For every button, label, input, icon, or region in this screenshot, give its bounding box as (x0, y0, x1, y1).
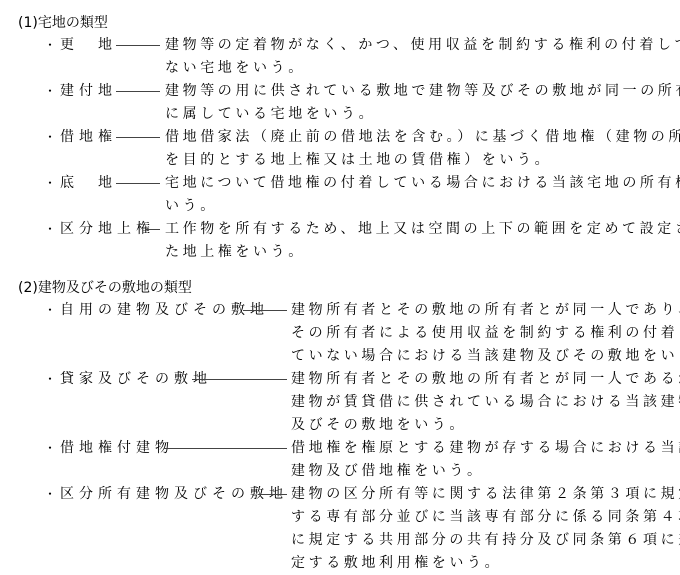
definition-line: 建物所有者とその敷地の所有者とが同一人であり、 (291, 299, 680, 322)
term-definition: 宅地について借地権の付着している場合における当該宅地の所有権を いう。 (165, 172, 680, 218)
term-label: 建付地 (60, 80, 117, 102)
definition-line: 定する敷地利用権をいう。 (291, 552, 680, 575)
definition-line: その所有者による使用収益を制約する権利の付着し (291, 322, 680, 345)
definition-line: に規定する共用部分の共有持分及び同条第６項に規 (291, 529, 680, 552)
bullet-icon: ・ (44, 437, 54, 459)
term-label: 貸家及びその敷地 (60, 368, 212, 390)
definition-line: を目的とする地上権又は土地の賃借権）をいう。 (165, 149, 680, 172)
term-label: 底 地 (60, 172, 117, 194)
term-label: 自用の建物及びその敷地 (60, 299, 269, 321)
definition-line: 借地権を権原とする建物が存する場合における当該 (291, 437, 680, 460)
definition-line: 及びその敷地をいう。 (291, 414, 680, 437)
term-definition: 借地借家法（廃止前の借地法を含む。）に基づく借地権（建物の所有 を目的とする地上… (165, 126, 680, 172)
term-label: 区分所有建物及びその敷地 (60, 483, 288, 505)
bullet-icon: ・ (44, 172, 54, 194)
definition-line: 建物が賃貸借に供されている場合における当該建物 (291, 391, 680, 414)
definition-line: に属している宅地をいう。 (165, 103, 680, 126)
definition-line: 建物所有者とその敷地の所有者とが同一人であるが、 (291, 368, 680, 391)
definition-line: ていない場合における当該建物及びその敷地をいう。 (291, 345, 680, 368)
term-label: 借地権 (60, 126, 117, 148)
bullet-icon: ・ (44, 34, 54, 56)
definition-line: 建物及び借地権をいう。 (291, 460, 680, 483)
section-2-heading: (2)建物及びその敷地の類型 (18, 278, 192, 298)
definition-line: 建物等の用に供されている敷地で建物等及びその敷地が同一の所有者 (165, 80, 680, 103)
definition-line: 建物等の定着物がなく、かつ、使用収益を制約する権利の付着してい (165, 34, 680, 57)
bullet-icon: ・ (44, 218, 54, 240)
term-definition: 建物等の定着物がなく、かつ、使用収益を制約する権利の付着してい ない宅地をいう。 (165, 34, 680, 80)
term-definition: 建物等の用に供されている敷地で建物等及びその敷地が同一の所有者 に属している宅地… (165, 80, 680, 126)
leader-line (116, 45, 160, 46)
leader-line (116, 137, 160, 138)
definition-line: する専有部分並びに当該専有部分に係る同条第４項 (291, 506, 680, 529)
term-definition: 建物所有者とその敷地の所有者とが同一人であり、 その所有者による使用収益を制約す… (291, 299, 680, 368)
term-definition: 借地権を権原とする建物が存する場合における当該 建物及び借地権をいう。 (291, 437, 680, 483)
leader-line (243, 310, 287, 311)
bullet-icon: ・ (44, 299, 54, 321)
leader-line (116, 183, 160, 184)
bullet-icon: ・ (44, 368, 54, 390)
definition-line: 工作物を所有するため、地上又は空間の上下の範囲を定めて設定され (165, 218, 680, 241)
leader-line (164, 448, 287, 449)
leader-line (145, 229, 160, 230)
definition-line: 宅地について借地権の付着している場合における当該宅地の所有権を (165, 172, 680, 195)
term-label: 区分地上権 (60, 218, 155, 240)
section-1-heading: (1)宅地の類型 (18, 13, 108, 33)
leader-line (192, 379, 287, 380)
term-definition: 建物の区分所有等に関する法律第２条第３項に規定 する専有部分並びに当該専有部分に… (291, 483, 680, 575)
term-definition: 建物所有者とその敷地の所有者とが同一人であるが、 建物が賃貸借に供されている場合… (291, 368, 680, 437)
definition-line: ない宅地をいう。 (165, 57, 680, 80)
leader-line (116, 91, 160, 92)
term-label: 借地権付建物 (60, 437, 174, 459)
term-label: 更 地 (60, 34, 117, 56)
leader-line (258, 494, 287, 495)
bullet-icon: ・ (44, 80, 54, 102)
definition-line: た地上権をいう。 (165, 241, 680, 264)
definition-line: 借地借家法（廃止前の借地法を含む。）に基づく借地権（建物の所有 (165, 126, 680, 149)
term-definition: 工作物を所有するため、地上又は空間の上下の範囲を定めて設定され た地上権をいう。 (165, 218, 680, 264)
bullet-icon: ・ (44, 483, 54, 505)
definition-line: いう。 (165, 195, 680, 218)
definition-line: 建物の区分所有等に関する法律第２条第３項に規定 (291, 483, 680, 506)
bullet-icon: ・ (44, 126, 54, 148)
